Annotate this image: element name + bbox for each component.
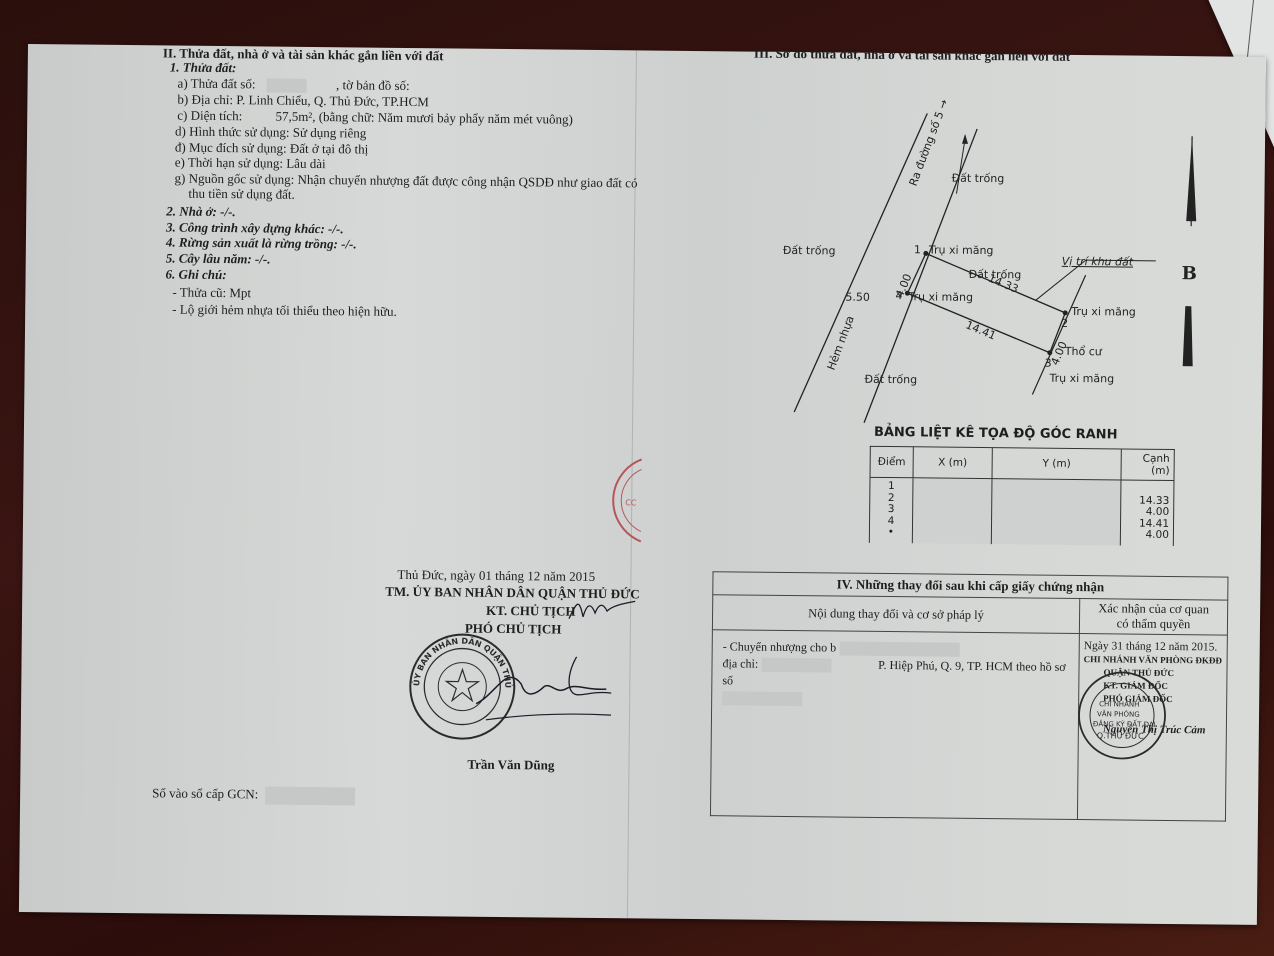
marker-label-4: Trụ xi măng bbox=[908, 290, 973, 304]
initial-signature bbox=[567, 595, 637, 626]
confirmation-cell: Ngày 31 tháng 12 năm 2015. CHI NHÁNH VĂN… bbox=[1077, 634, 1227, 822]
section3-title: III. Sơ đồ thửa đất, nhà ở và tài sản kh… bbox=[754, 46, 1070, 65]
parcel-number-label: a) Thửa đất số: bbox=[178, 76, 256, 92]
coordinate-table-title: BẢNG LIỆT KÊ TỌA ĐỘ GÓC RANH bbox=[874, 425, 1118, 443]
signer-name: Trần Văn Dũng bbox=[467, 757, 554, 774]
entry-address-label: địa chỉ: bbox=[722, 656, 758, 670]
table-edge bbox=[1125, 484, 1169, 496]
table-edge: 4.00 bbox=[1125, 530, 1169, 542]
redacted-y-values bbox=[991, 479, 1121, 545]
registry-number-label: Số vào sổ cấp GCN: bbox=[152, 785, 258, 802]
marker-label-2: Trụ xi măng bbox=[1071, 305, 1136, 319]
svg-text:ĐĂNG KÝ ĐẤT ĐAI: ĐĂNG KÝ ĐẤT ĐAI bbox=[1093, 718, 1156, 729]
use-form: d) Hình thức sử dụng: Sử dụng riêng bbox=[175, 124, 366, 142]
table-point: 1 bbox=[874, 481, 908, 493]
col-point: Điểm bbox=[870, 446, 913, 477]
coordinate-table: Điểm X (m) Y (m) Cạnh (m) 1 2 3 4 • 14.3… bbox=[869, 446, 1175, 546]
svg-text:Q.THỦ ĐỨC: Q.THỦ ĐỨC bbox=[1097, 729, 1144, 740]
col-confirmation-line2: có thẩm quyền bbox=[1080, 616, 1227, 633]
changes-table: IV. Những thay đổi sau khi cấp giấy chứn… bbox=[710, 571, 1229, 821]
area-label: c) Diện tích: bbox=[177, 108, 242, 124]
redacted-dossier bbox=[722, 692, 802, 707]
land-office-seal: CHI NHÁNH VĂN PHÒNG ĐĂNG KÝ ĐẤT ĐAI Q.TH… bbox=[1077, 670, 1168, 761]
col-confirmation-line1: Xác nhận của cơ quan bbox=[1080, 601, 1227, 618]
redacted-registry-number bbox=[265, 787, 355, 806]
col-change-content: Nội dung thay đổi và cơ sở pháp lý bbox=[712, 595, 1079, 634]
table-point: 3 bbox=[874, 504, 908, 516]
marker-label-3: Trụ xi măng bbox=[1049, 372, 1114, 386]
col-confirmation: Xác nhận của cơ quan có thẩm quyền bbox=[1079, 599, 1227, 636]
issue-date: Thủ Đức, ngày 01 tháng 12 năm 2015 bbox=[397, 567, 595, 585]
land-heading: 1. Thửa đất: bbox=[170, 59, 237, 76]
label-empty-left: Đất trống bbox=[783, 244, 836, 258]
forest: 4. Rừng sản xuất là rừng trồng: -/-. bbox=[166, 234, 357, 252]
chairman-signature bbox=[466, 654, 617, 726]
marker-label-1: Trụ xi măng bbox=[929, 243, 994, 257]
kt-chairman: KT. CHỦ TỊCH bbox=[486, 603, 576, 620]
notes-heading: 6. Ghi chú: bbox=[166, 266, 227, 283]
label-alley-width: 5.50 bbox=[845, 291, 870, 304]
note-item: - Lộ giới hẻm nhựa tối thiểu theo hiện h… bbox=[172, 302, 397, 320]
area-value: 57,5m², (bằng chữ: Năm mươi bảy phẩy năm… bbox=[275, 109, 573, 127]
svg-text:VĂN PHÒNG: VĂN PHÒNG bbox=[1097, 709, 1140, 718]
point-label-2: 2 bbox=[1061, 317, 1068, 330]
land-certificate-page: II. Thửa đất, nhà ở và tài sản khác gắn … bbox=[19, 44, 1266, 925]
perennial-trees: 5. Cây lâu năm: -/-. bbox=[166, 250, 271, 267]
map-sheet-label: , tờ bản đồ số: bbox=[336, 77, 410, 93]
svg-text:CC: CC bbox=[625, 498, 637, 507]
label-location: Vị trí khu đất bbox=[1062, 255, 1133, 269]
label-residential: Thổ cư bbox=[1065, 345, 1102, 358]
label-empty-top: Đất trống bbox=[952, 172, 1005, 186]
svg-text:CHI NHÁNH: CHI NHÁNH bbox=[1099, 699, 1139, 708]
use-term: e) Thời hạn sử dụng: Lâu dài bbox=[175, 155, 326, 173]
table-edge: 4.00 bbox=[1125, 507, 1169, 519]
note-item: - Thửa cũ: Mpt bbox=[172, 285, 251, 302]
redacted-parcel-number bbox=[267, 79, 307, 93]
entry-transfer: - Chuyển nhượng cho b bbox=[723, 639, 837, 654]
label-empty-bottom: Đất trống bbox=[864, 373, 917, 387]
use-origin-cont: thu tiền sử dụng đất. bbox=[188, 186, 295, 203]
col-y: Y (m) bbox=[992, 448, 1121, 480]
point-label-1: 1 bbox=[914, 243, 921, 256]
table-point: • bbox=[874, 527, 908, 539]
svg-text:B: B bbox=[1182, 263, 1197, 284]
redacted-recipient bbox=[839, 642, 959, 657]
col-x: X (m) bbox=[913, 447, 992, 479]
col-edge: Cạnh (m) bbox=[1121, 449, 1174, 481]
change-entry: - Chuyển nhượng cho b địa chỉ: P. Hiệp P… bbox=[710, 630, 1079, 820]
judicial-stamp: CC bbox=[603, 455, 644, 545]
redacted-x-values bbox=[912, 478, 992, 544]
house: 2. Nhà ở: -/-. bbox=[166, 203, 236, 220]
redacted-address bbox=[761, 658, 831, 673]
